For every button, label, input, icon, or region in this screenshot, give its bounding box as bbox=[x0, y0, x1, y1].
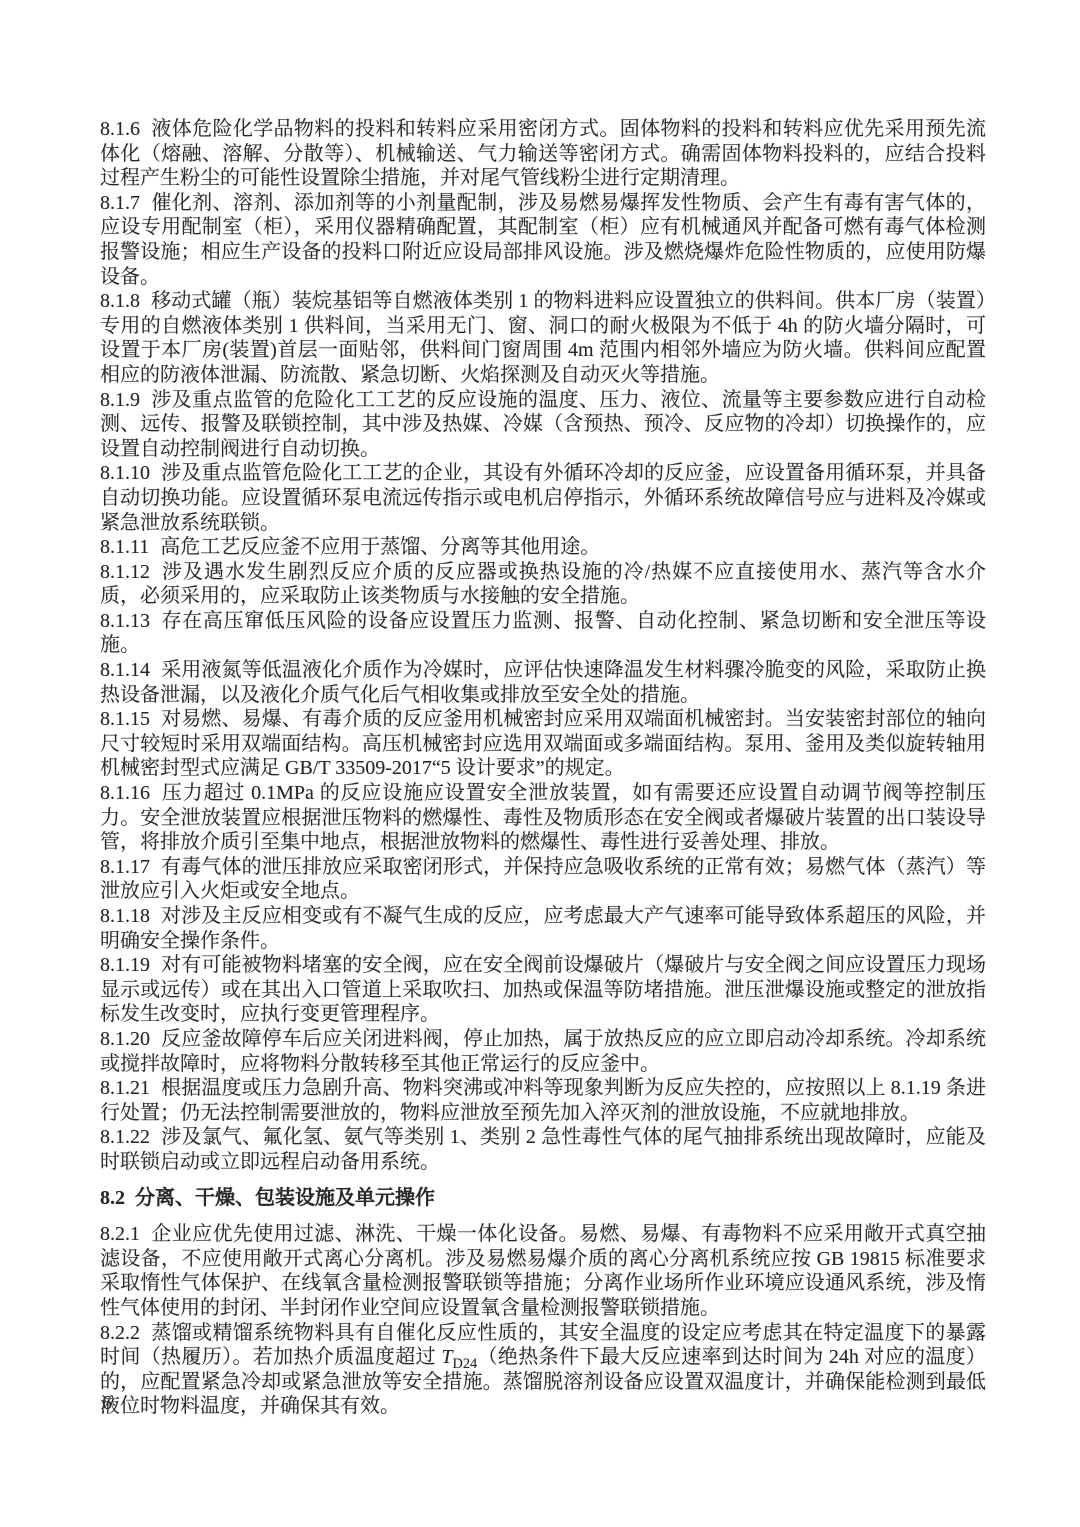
clause-8.1.12: 8.1.12涉及遇水发生剧烈反应介质的反应器或换热设施的冷/热媒不应直接使用水、… bbox=[100, 560, 986, 609]
clause-number: 8.1.18 bbox=[100, 905, 150, 927]
document-page: 8.1.6液体危险化学品物料的投料和转料应采用密闭方式。固体物料的投料和转料应优… bbox=[0, 0, 1080, 1527]
clause-number: 8.1.20 bbox=[100, 1028, 150, 1050]
clause-text: 催化剂、溶剂、添加剂等的小剂量配制，涉及易燃易爆挥发性物质、会产生有毒有害气体的… bbox=[100, 192, 986, 288]
clause-8.1.11: 8.1.11高危工艺反应釜不应用于蒸馏、分离等其他用途。 bbox=[100, 535, 986, 560]
clause-text: 采用液氮等低温液化介质作为冷媒时，应评估快速降温发生材料骤冷脆变的风险，采取防止… bbox=[100, 659, 986, 706]
page-number: 6 bbox=[102, 1392, 112, 1415]
clause-number: 8.1.13 bbox=[100, 610, 150, 632]
document-body: 8.1.6液体危险化学品物料的投料和转料应采用密闭方式。固体物料的投料和转料应优… bbox=[100, 117, 986, 1419]
clause-8.2.2: 8.2.2蒸馏或精馏系统物料具有自催化反应性质的，其安全温度的设定应考虑其在特定… bbox=[100, 1321, 986, 1419]
clause-text: 对易燃、易爆、有毒介质的反应釜用机械密封应采用双端面机械密封。当安装密封部位的轴… bbox=[100, 708, 986, 779]
clause-text: 企业应优先使用过滤、淋洗、干燥一体化设备。易燃、易爆、有毒物料不应采用敞开式真空… bbox=[100, 1223, 986, 1319]
clause-8.2.1: 8.2.1企业应优先使用过滤、淋洗、干燥一体化设备。易燃、易爆、有毒物料不应采用… bbox=[100, 1222, 986, 1320]
clause-8.1.21: 8.1.21根据温度或压力急剧升高、物料突沸或冲料等现象判断为反应失控的，应按照… bbox=[100, 1076, 986, 1125]
clause-8.1.13: 8.1.13存在高压窜低压风险的设备应设置压力监测、报警、自动化控制、紧急切断和… bbox=[100, 609, 986, 658]
section-heading-8.2: 8.2分离、干燥、包装设施及单元操作 bbox=[100, 1186, 986, 1211]
clause-8.1.8: 8.1.8移动式罐（瓶）装烷基铝等自燃液体类别 1 的物料进料应设置独立的供料间… bbox=[100, 289, 986, 387]
clause-number: 8.1.22 bbox=[100, 1126, 150, 1148]
clause-8.1.18: 8.1.18对涉及主反应相变或有不凝气生成的反应，应考虑最大产气速率可能导致体系… bbox=[100, 904, 986, 953]
clause-8.1.17: 8.1.17有毒气体的泄压排放应采取密闭形式，并保持应急吸收系统的正常有效；易燃… bbox=[100, 855, 986, 904]
clause-8.1.15: 8.1.15对易燃、易爆、有毒介质的反应釜用机械密封应采用双端面机械密封。当安装… bbox=[100, 707, 986, 781]
clause-number: 8.1.8 bbox=[100, 290, 140, 312]
clause-number: 8.1.21 bbox=[100, 1077, 150, 1099]
clause-number: 8.1.12 bbox=[100, 561, 150, 583]
clause-text: 压力超过 0.1MPa 的反应设施应设置安全泄放装置，如有需要还应设置自动调节阀… bbox=[100, 782, 986, 853]
section-number: 8.2 bbox=[100, 1187, 125, 1209]
clause-number: 8.1.11 bbox=[100, 536, 149, 558]
clause-text: 涉及重点监管的危险化工工艺的反应设施的温度、压力、液位、流量等主要参数应进行自动… bbox=[100, 389, 986, 460]
clause-number: 8.1.7 bbox=[100, 192, 140, 214]
clause-text: 反应釜故障停车后应关闭进料阀，停止加热，属于放热反应的应立即启动冷却系统。冷却系… bbox=[100, 1028, 986, 1075]
clause-number: 8.1.9 bbox=[100, 389, 140, 411]
t-d24-symbol: T bbox=[441, 1346, 452, 1368]
clause-number: 8.2.1 bbox=[100, 1223, 140, 1245]
clause-number: 8.1.6 bbox=[100, 118, 140, 140]
section-title: 分离、干燥、包装设施及单元操作 bbox=[135, 1187, 435, 1209]
clause-8.1.19: 8.1.19对有可能被物料堵塞的安全阀，应在安全阀前设爆破片（爆破片与安全阀之间… bbox=[100, 953, 986, 1027]
clause-number: 8.1.16 bbox=[100, 782, 150, 804]
clause-text: 存在高压窜低压风险的设备应设置压力监测、报警、自动化控制、紧急切断和安全泄压等设… bbox=[100, 610, 986, 657]
t-d24-subscript: D24 bbox=[452, 1356, 477, 1372]
clause-number: 8.1.17 bbox=[100, 856, 150, 878]
clause-text: 对有可能被物料堵塞的安全阀，应在安全阀前设爆破片（爆破片与安全阀之间应设置压力现… bbox=[100, 954, 986, 1025]
clause-text: 涉及遇水发生剧烈反应介质的反应器或换热设施的冷/热媒不应直接使用水、蒸汽等含水介… bbox=[100, 561, 986, 608]
clause-8.1.9: 8.1.9涉及重点监管的危险化工工艺的反应设施的温度、压力、液位、流量等主要参数… bbox=[100, 388, 986, 462]
clause-number: 8.1.19 bbox=[100, 954, 150, 976]
clause-text: 有毒气体的泄压排放应采取密闭形式，并保持应急吸收系统的正常有效；易燃气体（蒸汽）… bbox=[100, 856, 986, 903]
clause-text: 涉及氯气、氟化氢、氨气等类别 1、类别 2 急性毒性气体的尾气抽排系统出现故障时… bbox=[100, 1126, 986, 1173]
clause-number: 8.1.15 bbox=[100, 708, 150, 730]
clause-text: 对涉及主反应相变或有不凝气生成的反应，应考虑最大产气速率可能导致体系超压的风险，… bbox=[100, 905, 986, 952]
clause-text: 涉及重点监管危险化工工艺的企业，其设有外循环冷却的反应釜，应设置备用循环泵，并具… bbox=[100, 462, 986, 533]
clause-8.1.22: 8.1.22涉及氯气、氟化氢、氨气等类别 1、类别 2 急性毒性气体的尾气抽排系… bbox=[100, 1125, 986, 1174]
clause-8.1.14: 8.1.14采用液氮等低温液化介质作为冷媒时，应评估快速降温发生材料骤冷脆变的风… bbox=[100, 658, 986, 707]
clause-8.1.20: 8.1.20反应釜故障停车后应关闭进料阀，停止加热，属于放热反应的应立即启动冷却… bbox=[100, 1027, 986, 1076]
clause-number: 8.2.2 bbox=[100, 1322, 140, 1344]
clause-8.1.10: 8.1.10涉及重点监管危险化工工艺的企业，其设有外循环冷却的反应釜，应设置备用… bbox=[100, 461, 986, 535]
clause-number: 8.1.14 bbox=[100, 659, 150, 681]
clause-8.1.6: 8.1.6液体危险化学品物料的投料和转料应采用密闭方式。固体物料的投料和转料应优… bbox=[100, 117, 986, 191]
clause-text: 移动式罐（瓶）装烷基铝等自燃液体类别 1 的物料进料应设置独立的供料间。供本厂房… bbox=[100, 290, 986, 386]
clause-8.1.16: 8.1.16压力超过 0.1MPa 的反应设施应设置安全泄放装置，如有需要还应设… bbox=[100, 781, 986, 855]
clause-text: 高危工艺反应釜不应用于蒸馏、分离等其他用途。 bbox=[160, 536, 600, 558]
clause-text: 液体危险化学品物料的投料和转料应采用密闭方式。固体物料的投料和转料应优先采用预先… bbox=[100, 118, 986, 189]
clause-text: 根据温度或压力急剧升高、物料突沸或冲料等现象判断为反应失控的，应按照以上 8.1… bbox=[100, 1077, 986, 1124]
clause-8.1.7: 8.1.7催化剂、溶剂、添加剂等的小剂量配制，涉及易燃易爆挥发性物质、会产生有毒… bbox=[100, 191, 986, 289]
clause-number: 8.1.10 bbox=[100, 462, 150, 484]
